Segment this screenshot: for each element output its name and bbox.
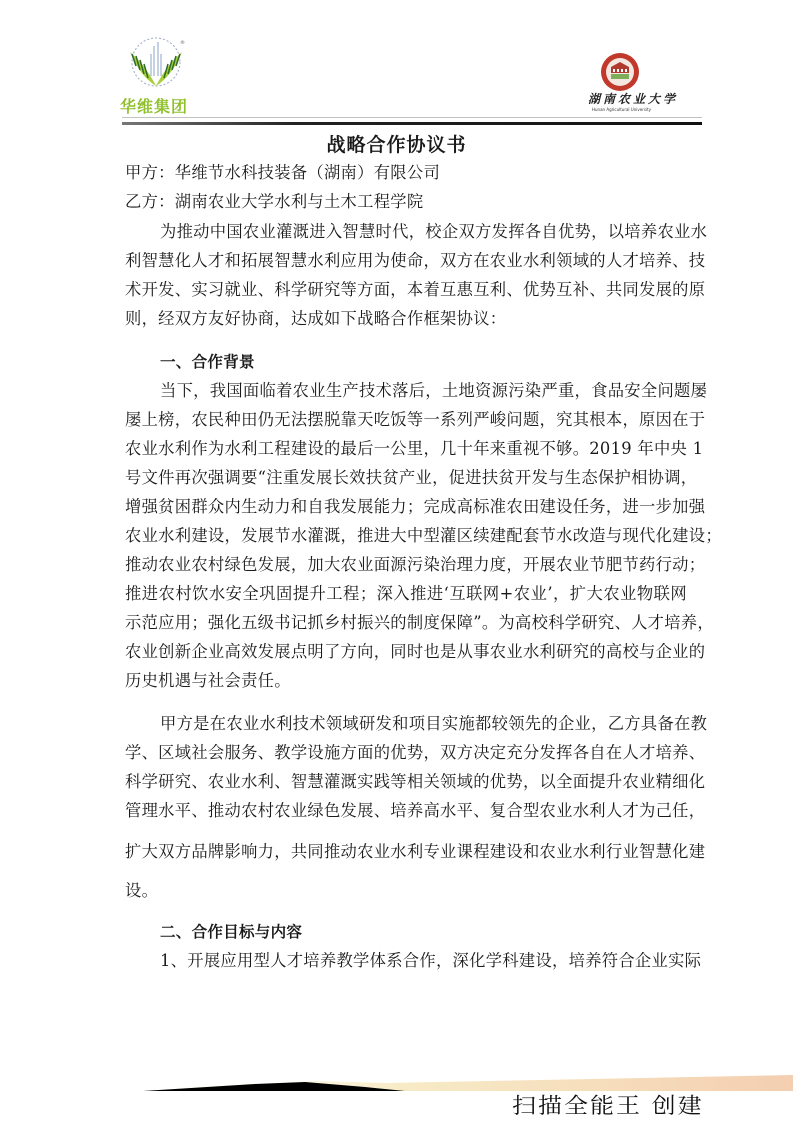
paragraph-line: 推动农业农村绿色发展，加大农业面源污染治理力度，开展农业节肥节药行动； — [125, 555, 687, 575]
intro-line: 利智慧化人才和拓展智慧水利应用为使命，双方在农业水利领域的人才培养、技 — [125, 251, 687, 271]
paragraph-line: 设。 — [125, 881, 687, 901]
paragraph-line: 当下，我国面临着农业生产技术落后，土地资源污染严重，食品安全问题屡 — [160, 381, 687, 401]
intro-line: 术开发、实习就业、科学研究等方面，本着互惠互利、优势互补、共同发展的原 — [125, 280, 687, 300]
paragraph-line: 历史机遇与社会责任。 — [125, 671, 687, 691]
paragraph-line: 农业水利建设，发展节水灌溉，推进大中型灌区续建配套节水改造与现代化建设； — [125, 526, 687, 546]
paragraph-line: 农业水利作为水利工程建设的最后一公里，几十年来重视不够。2019 年中央 1 — [125, 439, 687, 459]
paragraph-line: 增强贫困群众内生动力和自我发展能力；完成高标准农田建设任务，进一步加强 — [125, 497, 687, 517]
scanner-watermark: 扫描全能王 创建 — [512, 1088, 704, 1120]
document-title: 战略合作协议书 — [0, 130, 793, 157]
document-page: ® 华维集团 湖南农业大学 Hunan Agricultural Univers… — [0, 0, 793, 1122]
header-divider-thin — [122, 117, 702, 118]
paragraph-line: 屡上榜，农民种田仍无法摆脱靠天吃饭等一系列严峻问题，究其根本，原因在于 — [125, 410, 687, 430]
paragraph-line: 号文件再次强调要“注重发展长效扶贫产业，促进扶贫开发与生态保护相协调， — [125, 468, 687, 488]
paragraph-line: 甲方是在农业水利技术领域研发和项目实施都较领先的企业，乙方具备在教 — [160, 714, 687, 734]
company-logo-text: 华维集团 — [120, 94, 188, 117]
paragraph-line: 示范应用；强化五级书记抓乡村振兴的制度保障”。为高校科学研究、人才培养， — [125, 613, 687, 633]
section-heading-background: 一、合作背景 — [160, 352, 687, 372]
paragraph-line: 1、开展应用型人才培养教学体系合作，深化学科建设，培养符合企业实际 — [160, 951, 687, 971]
paragraph-line: 农业创新企业高效发展点明了方向，同时也是从事农业水利研究的高校与企业的 — [125, 642, 687, 662]
party-a: 甲方：华维节水科技装备（湖南）有限公司 — [125, 163, 687, 183]
university-name-cn: 湖南农业大学 — [588, 90, 678, 107]
company-logo: ® 华维集团 — [118, 36, 198, 120]
paragraph-line: 扩大双方品牌影响力，共同推动农业水利专业课程建设和农业水利行业智慧化建 — [125, 842, 687, 862]
party-b: 乙方：湖南农业大学水利与土木工程学院 — [125, 192, 687, 212]
header-divider — [122, 122, 702, 125]
paragraph-line: 科学研究、农业水利、智慧灌溉实践等相关领域的优势，以全面提升农业精细化 — [125, 772, 687, 792]
svg-text:®: ® — [180, 39, 185, 46]
university-seal-icon — [600, 52, 640, 92]
intro-line: 则，经双方友好协商，达成如下战略合作框架协议： — [125, 309, 687, 329]
paragraph-line: 管理水平、推动农村农业绿色发展、培养高水平、复合型农业水利人才为己任， — [125, 801, 687, 821]
intro-line: 为推动中国农业灌溉进入智慧时代，校企双方发挥各自优势，以培养农业水 — [160, 222, 687, 242]
section-heading-goals: 二、合作目标与内容 — [160, 922, 687, 942]
university-name-en: Hunan Agricultural University — [592, 107, 651, 112]
university-logo: 湖南农业大学 Hunan Agricultural University — [588, 52, 698, 118]
paragraph-line: 学、区域社会服务、教学设施方面的优势，双方决定充分发挥各自在人才培养、 — [125, 743, 687, 763]
paragraph-line: 推进农村饮水安全巩固提升工程；深入推进‘互联网+农业’，扩大农业物联网 — [125, 584, 687, 604]
leaf-emblem-icon: ® — [126, 36, 186, 92]
